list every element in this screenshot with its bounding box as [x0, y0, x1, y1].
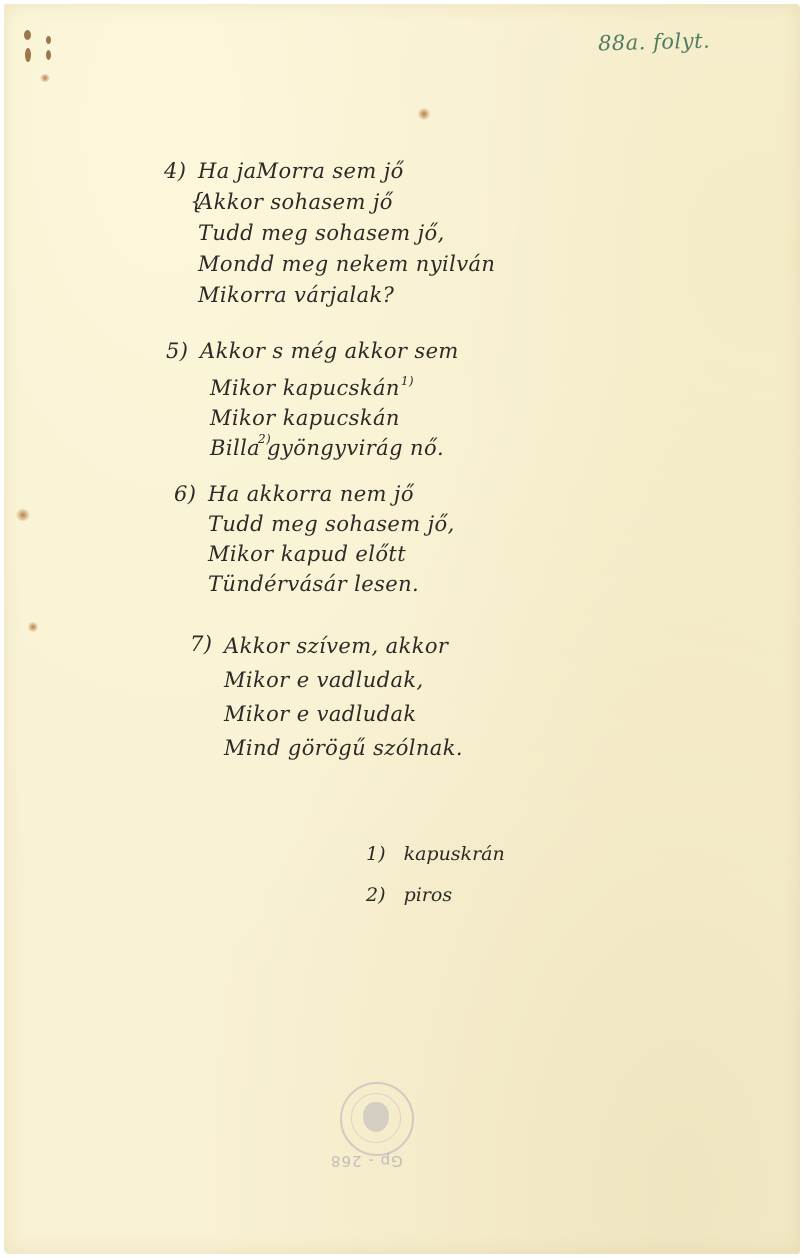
verse-line: Ha akkorra nem jő	[208, 479, 455, 509]
manuscript-page: 88a. folyt. 4) Ha jaMorra sem jő { Akkor…	[4, 4, 800, 1254]
stanza-lines: Akkor szívem, akkor Mikor e vadludak, Mi…	[224, 629, 463, 765]
verse-line: Tudd meg sohasem jő,	[198, 218, 495, 249]
verse-line: Mikor kapud előtt	[208, 539, 455, 569]
stanza-number: 6)	[174, 479, 196, 510]
verse-line: Mondd meg nekem nyilván	[198, 249, 495, 280]
footnote-2: 2) piros	[366, 875, 505, 916]
binding-hole	[25, 48, 31, 62]
binding-hole	[46, 50, 51, 60]
verse-line: Mikor kapucskán1)	[200, 366, 459, 403]
paper-stain	[28, 622, 38, 632]
footnote-mark: 1)	[366, 843, 386, 865]
verse-line: Mind görögű szólnak.	[224, 731, 463, 765]
verse-line: { Akkor sohasem jő	[198, 187, 495, 218]
footnote-mark: 2)	[258, 424, 271, 455]
archive-stamp	[340, 1082, 414, 1156]
verse-line: Tudd meg sohasem jő,	[208, 509, 455, 539]
stanza-number: 7)	[190, 629, 212, 660]
archive-reference: 88a. folyt.	[598, 29, 711, 56]
stanza-lines: Akkor s még akkor sem Mikor kapucskán1) …	[200, 336, 459, 463]
footnote-1: 1) kapuskrán	[366, 834, 505, 875]
binding-hole	[24, 30, 31, 40]
stanza-lines: Ha akkorra nem jő Tudd meg sohasem jő, M…	[208, 479, 455, 599]
verse-line: Mikor kapucskán	[200, 403, 459, 433]
footnote-mark: 1)	[401, 374, 414, 388]
stanza-lines: Ha jaMorra sem jő { Akkor sohasem jő Tud…	[198, 156, 495, 311]
binding-hole	[46, 36, 51, 44]
verse-line: Tündérvásár lesen.	[208, 569, 455, 599]
paper-stain	[40, 74, 50, 82]
stanza-number: 4)	[164, 156, 186, 187]
verse-line: Akkor szívem, akkor	[224, 629, 463, 663]
verse-line: Ha jaMorra sem jő	[198, 156, 495, 187]
stamp-number: Gp - 268	[330, 1152, 403, 1170]
verse-line: Billa gyöngyvirág nő.	[200, 433, 459, 463]
verse-line: Mikor e vadludak,	[224, 663, 463, 697]
footnote-text: piros	[404, 884, 453, 906]
verse-line: Akkor s még akkor sem	[200, 336, 459, 366]
footnote-text: kapuskrán	[404, 843, 505, 865]
paper-stain	[418, 108, 430, 120]
verse-line: Mikor e vadludak	[224, 697, 463, 731]
coat-of-arms-icon	[363, 1102, 389, 1132]
paper-stain	[16, 509, 30, 521]
brace-mark: {	[190, 187, 204, 218]
footnotes: 1) kapuskrán 2) piros	[366, 834, 505, 916]
stanza-number: 5)	[166, 336, 188, 367]
verse-line: Mikorra várjalak?	[198, 280, 495, 311]
footnote-mark: 2)	[366, 884, 386, 906]
